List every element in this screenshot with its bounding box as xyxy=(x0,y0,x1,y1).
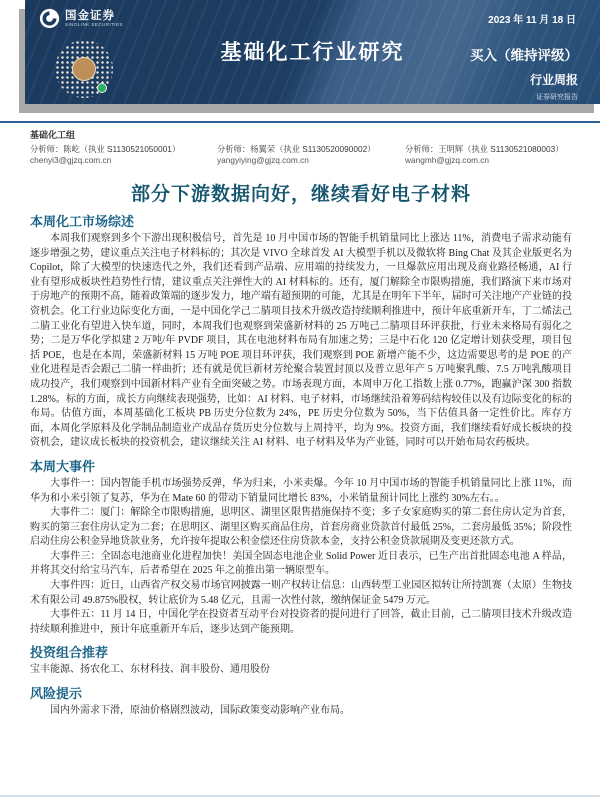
section-heading-portfolio: 投资组合推荐 xyxy=(30,642,572,661)
event-paragraph-5: 大事件五：11 月 14 日，中国化学在投资者互动平台对投资者的提问进行了回答，… xyxy=(30,608,572,637)
footer-divider xyxy=(0,795,600,797)
analyst-email: wangmh@gjzq.com.cn xyxy=(405,155,572,166)
rating-block: 买入（维持评级） 行业周报 证券研究报告 xyxy=(470,44,578,102)
risk-paragraph: 国内外需求下滑，原油价格剧烈波动，国际政策变动影响产业布局。 xyxy=(30,704,572,719)
report-content: 基础化工组 分析师：陈屹（执业 S1130521050001） chenyi3@… xyxy=(0,128,600,719)
brand-name-en: SINOLINK SECURITIES xyxy=(65,22,123,28)
event-paragraph-4: 大事件四：近日，山西省产权交易市场官网披露一则产权转让信息：山西转型工业园区拟转… xyxy=(30,579,572,608)
event-paragraph-1: 大事件一：国内智能手机市场强势反弹，华为归来，小米卖爆。今年 10 月中国市场的… xyxy=(30,477,572,506)
event-paragraph-3: 大事件三：全固态电池商业化进程加快！美国全固态电池企业 Solid Power … xyxy=(30,550,572,579)
report-page: 国金证券 SINOLINK SECURITIES 2023 年 11 月 18 … xyxy=(0,0,600,800)
brand-name: 国金证券 xyxy=(65,10,123,22)
team-group-label: 基础化工组 xyxy=(30,128,572,141)
analyst-1: 分析师：陈屹（执业 S1130521050001） chenyi3@gjzq.c… xyxy=(30,144,217,166)
brand-block: 国金证券 SINOLINK SECURITIES xyxy=(39,8,123,29)
qr-code xyxy=(55,40,113,98)
qr-center-seal-icon xyxy=(72,57,96,81)
analyst-email: chenyi3@gjzq.com.cn xyxy=(30,155,217,166)
header-divider xyxy=(0,121,600,123)
analyst-email: yangyiying@gjzq.com.cn xyxy=(217,155,405,166)
report-date: 2023 年 11 月 18 日 xyxy=(488,11,576,26)
analyst-title: 分析师：杨翼荣（执业 S1130520090002） xyxy=(217,144,405,155)
page-title: 部分下游数据向好，继续看好电子材料 xyxy=(30,179,572,206)
sinolink-logo-icon xyxy=(39,8,60,29)
analyst-2: 分析师：杨翼荣（执业 S1130520090002） yangyiying@gj… xyxy=(217,144,405,166)
analyst-title: 分析师：王明辉（执业 S1130521080003） xyxy=(405,144,572,155)
brand-text: 国金证券 SINOLINK SECURITIES xyxy=(65,10,123,28)
analyst-row: 分析师：陈屹（执业 S1130521050001） chenyi3@gjzq.c… xyxy=(30,144,572,166)
analyst-3: 分析师：王明辉（执业 S1130521080003） wangmh@gjzq.c… xyxy=(405,144,572,166)
market-summary-paragraph: 本周我们观察到多个下游出现积极信号，首先是 10 月中国市场的智能手机销量同比上… xyxy=(30,232,572,451)
report-label: 证券研究报告 xyxy=(536,92,578,102)
analyst-title: 分析师：陈屹（执业 S1130521050001） xyxy=(30,144,217,155)
event-paragraph-2: 大事件二：厦门：解除全市限购措施，思明区、湖里区限售措施保持不变；多子女家庭购买… xyxy=(30,506,572,550)
section-heading-risk: 风险提示 xyxy=(30,683,572,702)
report-type: 行业周报 xyxy=(530,71,578,88)
report-header-banner: 国金证券 SINOLINK SECURITIES 2023 年 11 月 18 … xyxy=(25,0,600,104)
section-heading-market-summary: 本周化工市场综述 xyxy=(30,211,572,230)
portfolio-paragraph: 宝丰能源、扬农化工、东材科技、润丰股份、通用股份 xyxy=(30,663,572,678)
rating-badge: 买入（维持评级） xyxy=(470,44,578,64)
wechat-icon xyxy=(97,83,107,93)
section-heading-weekly-events: 本周大事件 xyxy=(30,456,572,475)
